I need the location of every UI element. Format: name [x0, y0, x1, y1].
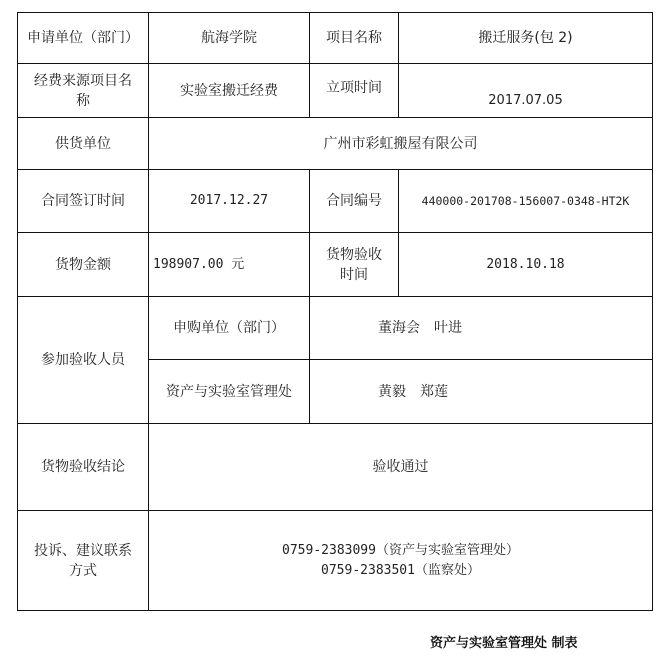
label-asset-lab-office: 资产与实验室管理处 — [149, 360, 310, 424]
label-fund-source: 经费来源项目名 称 — [18, 64, 149, 118]
label-setup-date: 立项时间 — [310, 64, 399, 118]
row-department-project: 申请单位（部门） 航海学院 项目名称 搬迁服务(包 2) — [18, 13, 653, 64]
contract-date-value: 2017.12.27 — [149, 170, 310, 233]
contact-asset-office: 0759-2383099（资产与实验室管理处） — [153, 541, 648, 561]
label-acceptance-date-line2: 时间 — [314, 265, 394, 285]
supplier-value: 广州市彩虹搬屋有限公司 — [149, 118, 653, 170]
row-conclusion: 货物验收结论 验收通过 — [18, 424, 653, 511]
label-contact-line2: 方式 — [22, 561, 144, 581]
purchasing-dept-names: 董海会 叶进 — [310, 297, 653, 360]
label-project-name: 项目名称 — [310, 13, 399, 64]
contact-supervision-office: 0759-2383501（监察处） — [153, 561, 648, 581]
row-contract: 合同签订时间 2017.12.27 合同编号 440000-201708-156… — [18, 170, 653, 233]
goods-amount-value: 198907.00 元 — [149, 233, 310, 297]
row-supplier: 供货单位 广州市彩虹搬屋有限公司 — [18, 118, 653, 170]
label-acceptance-date: 货物验收 时间 — [310, 233, 399, 297]
label-participants: 参加验收人员 — [18, 297, 149, 424]
label-contract-no: 合同编号 — [310, 170, 399, 233]
label-supplier: 供货单位 — [18, 118, 149, 170]
label-fund-source-line1: 经费来源项目名 — [22, 71, 144, 91]
label-contract-date: 合同签订时间 — [18, 170, 149, 233]
row-participants-1: 参加验收人员 申购单位（部门） 董海会 叶进 — [18, 297, 653, 360]
setup-date-value: 2017.07.05 — [399, 64, 653, 118]
form-maker-footer: 资产与实验室管理处 制表 — [430, 632, 578, 651]
contract-no-value: 440000-201708-156007-0348-HT2K — [399, 170, 653, 233]
row-amount-acceptance-date: 货物金额 198907.00 元 货物验收 时间 2018.10.18 — [18, 233, 653, 297]
acceptance-date-value: 2018.10.18 — [399, 233, 653, 297]
label-goods-amount: 货物金额 — [18, 233, 149, 297]
project-name-value: 搬迁服务(包 2) — [399, 13, 653, 64]
applicant-dept-value: 航海学院 — [149, 13, 310, 64]
row-contact: 投诉、建议联系 方式 0759-2383099（资产与实验室管理处） 0759-… — [18, 511, 653, 611]
conclusion-value: 验收通过 — [149, 424, 653, 511]
row-fund-setup: 经费来源项目名 称 实验室搬迁经费 立项时间 2017.07.05 — [18, 64, 653, 118]
acceptance-form-table: 申请单位（部门） 航海学院 项目名称 搬迁服务(包 2) 经费来源项目名 称 实… — [17, 12, 653, 611]
asset-lab-office-names: 黄毅 郑莲 — [310, 360, 653, 424]
label-acceptance-date-line1: 货物验收 — [314, 245, 394, 265]
fund-source-value: 实验室搬迁经费 — [149, 64, 310, 118]
label-fund-source-line2: 称 — [22, 91, 144, 111]
label-purchasing-dept: 申购单位（部门） — [149, 297, 310, 360]
contact-value: 0759-2383099（资产与实验室管理处） 0759-2383501（监察处… — [149, 511, 653, 611]
label-contact-line1: 投诉、建议联系 — [22, 541, 144, 561]
label-applicant-dept: 申请单位（部门） — [18, 13, 149, 64]
label-conclusion: 货物验收结论 — [18, 424, 149, 511]
label-contact: 投诉、建议联系 方式 — [18, 511, 149, 611]
